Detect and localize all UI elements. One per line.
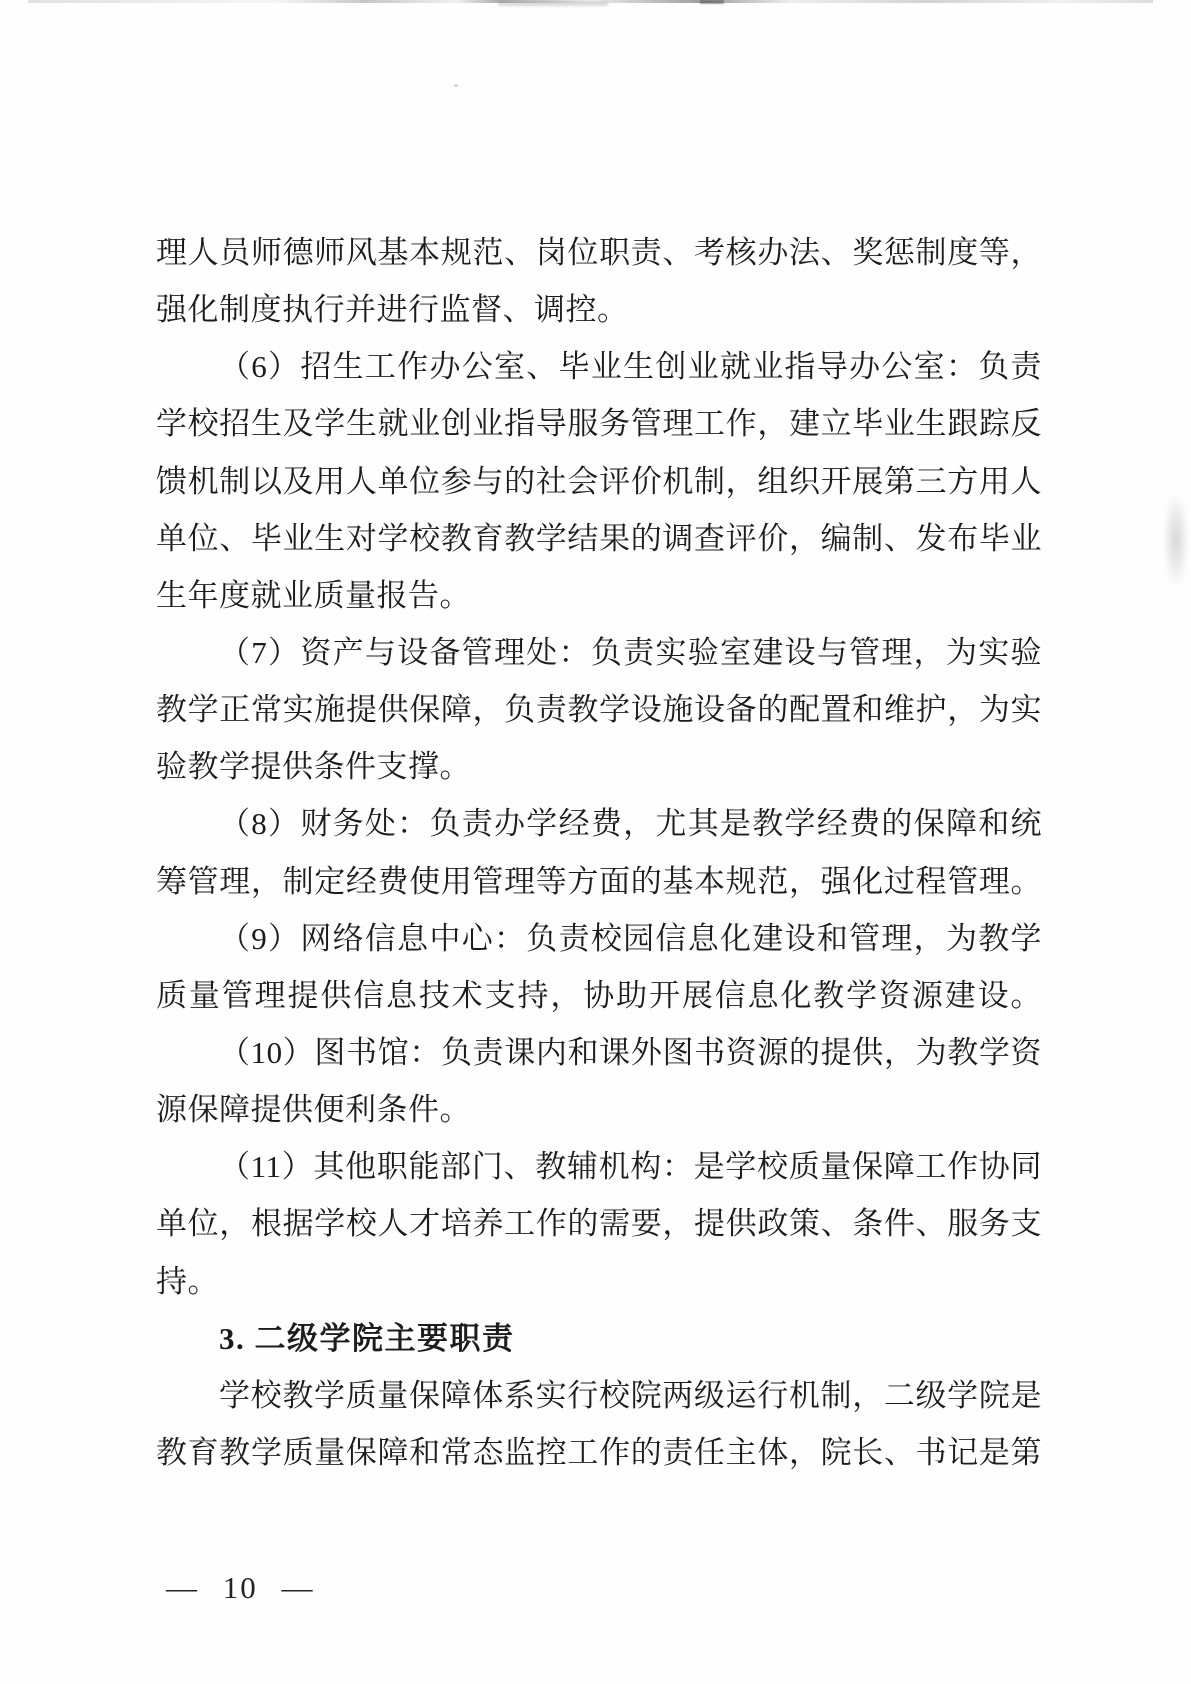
text-line: 单位、毕业生对学校教育教学结果的调查评价，编制、发布毕业 (156, 510, 1042, 567)
scan-artifact-top-dash (498, 2, 608, 6)
text-line: （9）网络信息中心：负责校园信息化建设和管理，为教学 (156, 910, 1042, 967)
scan-artifact-right-smudge (1163, 492, 1189, 588)
text-line: 馈机制以及用人单位参与的社会评价机制，组织开展第三方用人 (156, 453, 1042, 510)
text-line: 学校招生及学生就业创业指导服务管理工作，建立毕业生跟踪反 (156, 395, 1042, 452)
text-line: （11）其他职能部门、教辅机构：是学校质量保障工作协同 (156, 1138, 1042, 1195)
text-line: 筹管理，制定经费使用管理等方面的基本规范，强化过程管理。 (156, 853, 1042, 910)
text-line: 学校教学质量保障体系实行校院两级运行机制，二级学院是 (156, 1367, 1042, 1424)
document-body-text: 理人员师德师风基本规范、岗位职责、考核办法、奖惩制度等，强化制度执行并进行监督、… (156, 224, 1042, 1481)
text-line: （10）图书馆：负责课内和课外图书资源的提供，为教学资 (156, 1024, 1042, 1081)
text-line: 3. 二级学院主要职责 (156, 1310, 1042, 1367)
text-line: 理人员师德师风基本规范、岗位职责、考核办法、奖惩制度等， (156, 224, 1042, 281)
text-line: 单位，根据学校人才培养工作的需要，提供政策、条件、服务支 (156, 1195, 1042, 1252)
text-line: 教学正常实施提供保障，负责教学设施设备的配置和维护，为实 (156, 681, 1042, 738)
text-line: （8）财务处：负责办学经费，尤其是教学经费的保障和统 (156, 795, 1042, 852)
text-line: （6）招生工作办公室、毕业生创业就业指导办公室：负责 (156, 338, 1042, 395)
text-line: 强化制度执行并进行监督、调控。 (156, 281, 1042, 338)
scan-artifact-top-line (28, 0, 1153, 3)
text-line: 质量管理提供信息技术支持，协助开展信息化教学资源建设。 (156, 967, 1042, 1024)
text-line: 教育教学质量保障和常态监控工作的责任主体，院长、书记是第 (156, 1424, 1042, 1481)
page-number: — 10 — (166, 1570, 315, 1606)
text-line: 持。 (156, 1253, 1042, 1310)
scanned-document-page: 理人员师德师风基本规范、岗位职责、考核办法、奖惩制度等，强化制度执行并进行监督、… (0, 0, 1191, 1684)
text-line: 生年度就业质量报告。 (156, 567, 1042, 624)
text-line: 验教学提供条件支撑。 (156, 738, 1042, 795)
scan-artifact-speck (454, 84, 458, 87)
text-line: 源保障提供便利条件。 (156, 1081, 1042, 1138)
scan-artifact-top-dash2 (700, 0, 724, 4)
text-line: （7）资产与设备管理处：负责实验室建设与管理，为实验 (156, 624, 1042, 681)
